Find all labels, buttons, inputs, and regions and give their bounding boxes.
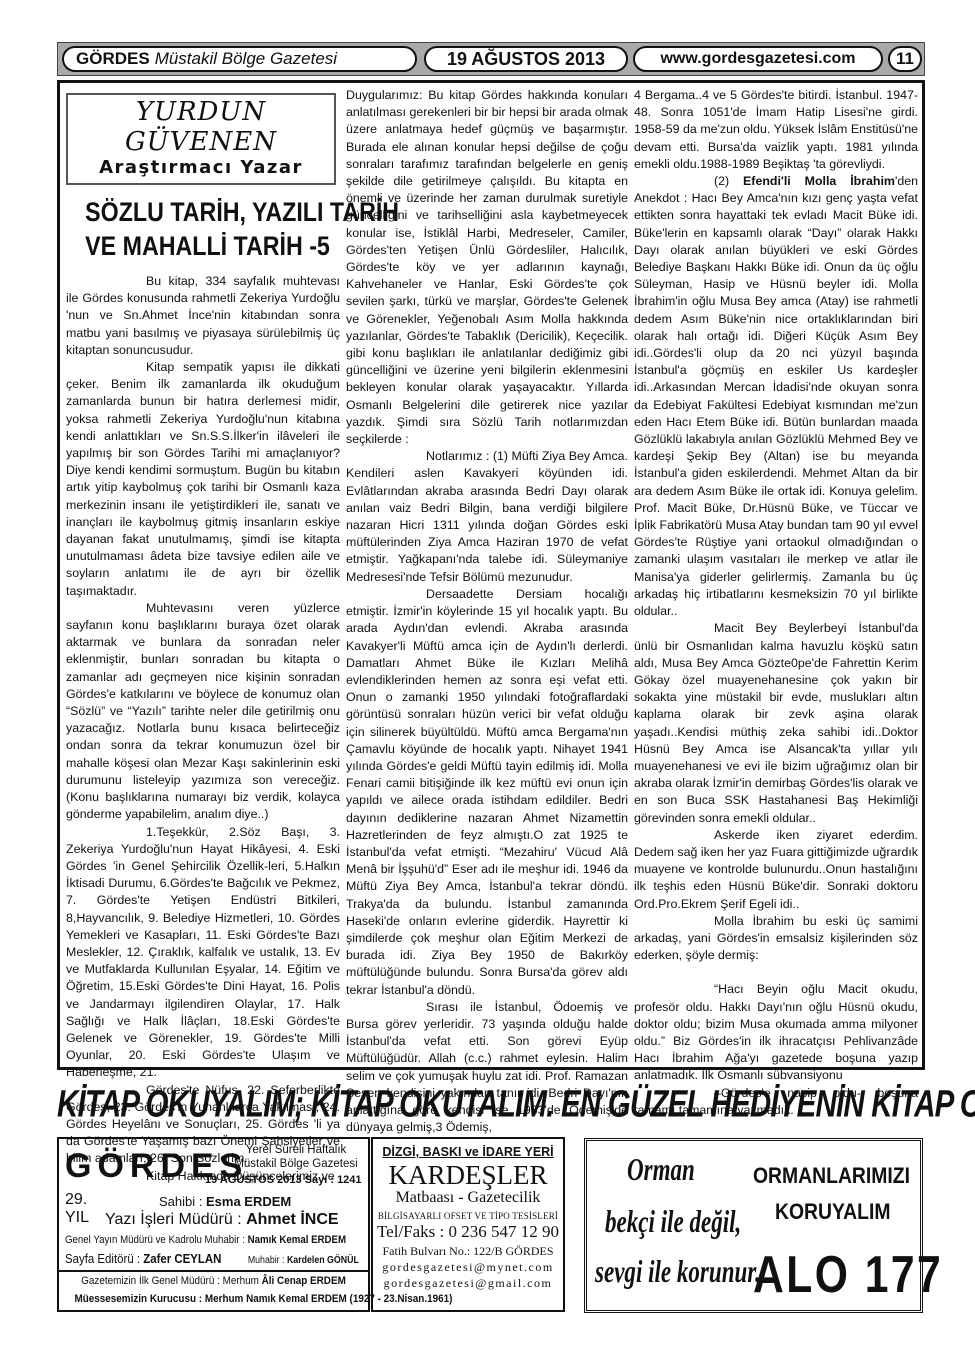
forest-ad-left-line-2: bekçi ile değil,	[605, 1203, 741, 1240]
masthead-bar: GÖRDES Müstakil Bölge Gazetesi 19 AĞUSTO…	[57, 42, 925, 76]
forest-ad-left-line-3: sevgi ile korunur.	[595, 1253, 761, 1290]
page-number: 11	[888, 46, 922, 72]
headline-line-2: VE MAHALLİ TARİH -5	[85, 229, 321, 263]
paragraph: Notlarımız : (1) Müfti Ziya Bey Amca. Ke…	[346, 448, 628, 586]
press-box: DİZGİ, BASKI ve İDARE YERİ KARDEŞLER Mat…	[371, 1137, 565, 1312]
article-frame: YURDUN GÜVENEN Araştırmacı Yazar SÖZLU T…	[57, 80, 925, 1070]
publication-type-line-2: Müstakil Bölge Gazetesi	[231, 1157, 361, 1171]
paragraph: Kitap sempatik yapısı ile dikkati çeker.…	[66, 359, 340, 600]
paragraph: Duygularımız: Bu kitap Gördes hakkında k…	[346, 87, 628, 448]
forest-ad-box: Orman bekçi ile değil, sevgi ile korunur…	[584, 1138, 923, 1313]
note-subject: Efendi'li Molla İbrahim	[743, 174, 895, 188]
first-director-label: Gazetemizin İlk Genel Müdürü : Merhum	[81, 1275, 261, 1287]
forest-ad-right-line-2: KORUYALIM	[775, 1199, 890, 1225]
forest-ad-left-line-1: Orman	[627, 1151, 695, 1188]
forest-ad-right-line-1: ORMANLARIMIZI	[753, 1163, 910, 1189]
paragraph: (2) Efendi'li Molla İbrahim'den Anekdot …	[634, 173, 918, 620]
headline-line-1: SÖZLU TARİH, YAZILI TARİH	[85, 195, 321, 229]
owner-label: Sahibi :	[159, 1194, 206, 1209]
author-role: Araştırmacı Yazar	[72, 157, 330, 179]
article-headline: SÖZLU TARİH, YAZILI TARİH VE MAHALLİ TAR…	[85, 195, 321, 263]
press-heading: DİZGİ, BASKI ve İDARE YERİ	[373, 1145, 563, 1159]
press-facilities: BİLGİSAYARLI OFSET VE TİPO TESİSLERİ	[373, 1211, 563, 1221]
reading-slogan: KİTAP OKUYALIM; KİTAP OKUTALIM. EN GÜZEL…	[57, 1081, 769, 1127]
first-director-line: Gazetemizin İlk Genel Müdürü : Merhum Âl…	[74, 1272, 352, 1290]
paragraph: Macit Bey Beylerbeyi İstanbul'da ünlü bi…	[634, 620, 918, 826]
forest-ad-hotline: ALO 177	[753, 1245, 943, 1305]
page-editor-label: Sayfa Editörü :	[65, 1251, 143, 1266]
page-editor-line: Sayfa Editörü : Zafer CEYLANMuhabir : Ka…	[65, 1251, 359, 1266]
press-email-2[interactable]: gordesgazetesi@gmail.com	[373, 1275, 563, 1291]
paper-subtitle: Müstakil Bölge Gazetesi	[155, 49, 337, 69]
year-label: 29. YIL	[65, 1191, 89, 1227]
article-column-2: Duygularımız: Bu kitap Gördes hakkında k…	[346, 87, 628, 1136]
website-link[interactable]: www.gordesgazetesi.com	[633, 46, 883, 72]
general-director-label: Genel Yayın Müdürü ve Kadrolu Muhabir :	[65, 1234, 248, 1246]
editor-label: Yazı İşleri Müdürü :	[105, 1211, 246, 1228]
paragraph: Molla İbrahim bu eski üç samimi arkadaş,…	[634, 913, 918, 965]
general-director-line: Genel Yayın Müdürü ve Kadrolu Muhabir : …	[65, 1234, 346, 1246]
year-word: YIL	[65, 1209, 89, 1227]
publication-type-line-1: Yerel Süreli Haftalık	[231, 1143, 361, 1157]
paragraph: Askerde iken ziyaret ederdim. Dedem sağ …	[634, 827, 918, 913]
reporter: Muhabir : Kardelen GÖNÜL	[248, 1255, 359, 1266]
founder-line: Müessesemizin Kurucusu : Merhum Namık Ke…	[74, 1290, 352, 1308]
imprint-top: GÖRDES Yerel Süreli Haftalık Müstakil Bö…	[59, 1139, 368, 1272]
paragraph: Muhtevasını veren yüzlerce sayfanın konu…	[66, 600, 340, 824]
press-email-1[interactable]: gordesgazetesi@mynet.com	[373, 1259, 563, 1275]
owner-line: Sahibi : Esma ERDEM	[159, 1194, 291, 1209]
author-box: YURDUN GÜVENEN Araştırmacı Yazar	[66, 93, 336, 185]
paper-title-pill: GÖRDES Müstakil Bölge Gazetesi	[62, 46, 417, 72]
imprint-bottom: Gazetemizin İlk Genel Müdürü : Merhum Âl…	[59, 1272, 368, 1308]
note-number: (2)	[714, 174, 743, 188]
article-column-3: 4 Bergama..4 ve 5 Gördes'te bitirdi. İst…	[634, 87, 918, 1119]
imprint-box: GÖRDES Yerel Süreli Haftalık Müstakil Bö…	[57, 1137, 370, 1312]
reporter-label: Muhabir :	[248, 1255, 287, 1266]
page-editor-name: Zafer CEYLAN	[143, 1251, 221, 1266]
reporter-name: Kardelen GÖNÜL	[287, 1255, 359, 1266]
paragraph: 4 Bergama..4 ve 5 Gördes'te bitirdi. İst…	[634, 87, 918, 173]
paragraph: Bu kitap, 334 sayfalık muhtevası ile Gör…	[66, 273, 340, 359]
press-brand: KARDEŞLER	[373, 1161, 563, 1189]
owner-name: Esma ERDEM	[206, 1194, 291, 1209]
paper-name: GÖRDES	[76, 49, 150, 69]
press-phone: Tel/Faks : 0 236 547 12 90	[373, 1221, 563, 1243]
editor-name: Ahmet İNCE	[246, 1211, 338, 1228]
note-text: 'den Anekdot : Hacı Bey Amca'nın kızı ge…	[634, 174, 918, 618]
author-name: YURDUN GÜVENEN	[72, 97, 330, 157]
general-director-name: Namık Kemal ERDEM	[248, 1234, 346, 1246]
issue-info: 19 AĞUSTOS 2013 Sayı : 1241	[205, 1174, 362, 1186]
year-number: 29.	[65, 1191, 89, 1209]
paragraph: 1.Teşekkür, 2.Söz Başı, 3. Zekeriya Yurd…	[66, 824, 340, 1082]
publication-type: Yerel Süreli Haftalık Müstakil Bölge Gaz…	[231, 1143, 361, 1171]
first-director-name: Âli Cenap ERDEM	[262, 1275, 346, 1287]
quote-paragraph: “Hacı Beyin oğlu Macit okudu, profesör o…	[634, 981, 918, 1084]
article-column-1: YURDUN GÜVENEN Araştırmacı Yazar SÖZLU T…	[66, 87, 340, 1185]
editor-line: Yazı İşleri Müdürü : Ahmet İNCE	[105, 1211, 339, 1229]
press-address: Fatih Bulvarı No.: 122/B GÖRDES	[373, 1243, 563, 1259]
spacer	[634, 964, 918, 981]
issue-date: 19 AĞUSTOS 2013	[424, 46, 628, 72]
press-subtitle: Matbaası - Gazetecilik	[373, 1189, 563, 1207]
paragraph: Dersaadette Dersiam hocalığı etmiştir. İ…	[346, 586, 628, 999]
